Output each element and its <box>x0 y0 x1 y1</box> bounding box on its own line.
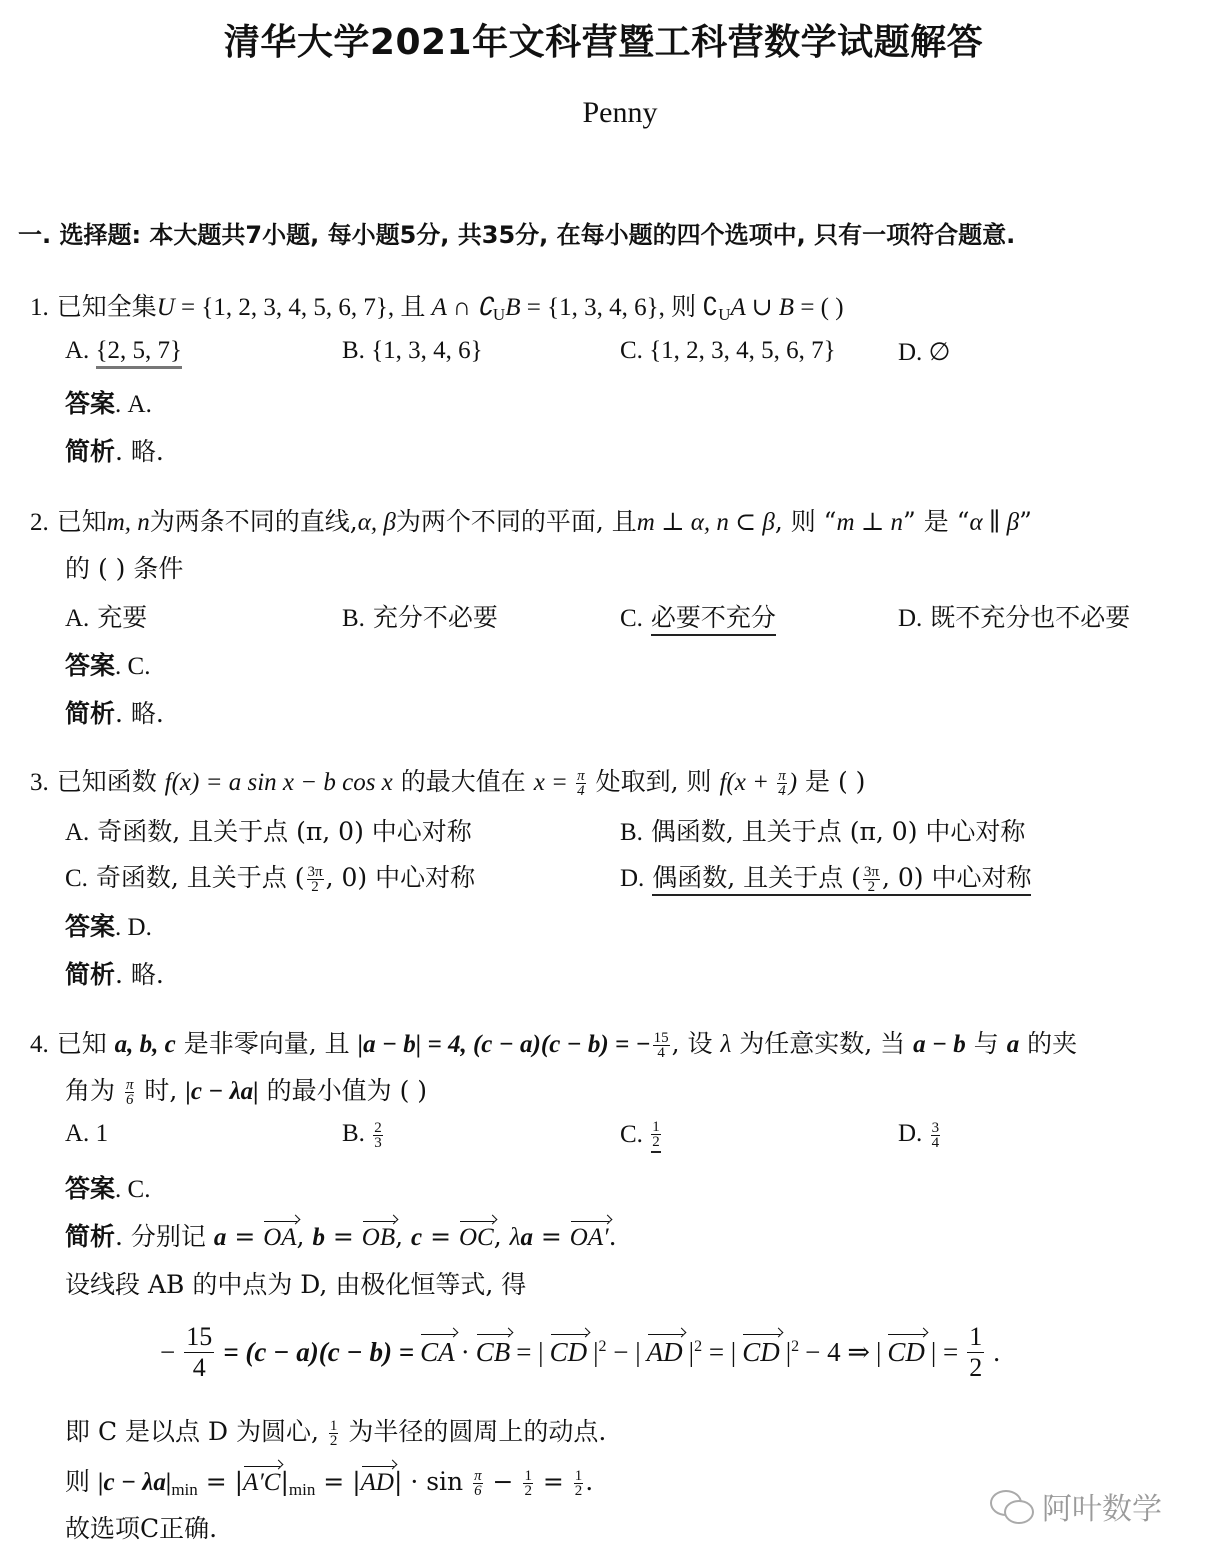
math-expr: ) <box>789 769 797 796</box>
denominator: 2 <box>329 1434 339 1448</box>
math-var: B <box>505 294 520 321</box>
question-4-stem: 4. 已知 a, b, c 是非零向量, 且 |a − b| = 4, (c −… <box>30 1024 1077 1060</box>
numerator: π <box>125 1078 135 1093</box>
question-number: 1. <box>30 294 49 321</box>
numerator: 1 <box>967 1322 984 1353</box>
denominator: 4 <box>184 1353 214 1383</box>
vector-cd: CD <box>550 1337 588 1368</box>
answer-label: 答案 <box>65 651 115 680</box>
q3-option-a: A. 奇函数, 且关于点 (π, 0) 中心对称 <box>65 812 472 848</box>
q2-option-b: B. 充分不必要 <box>342 598 498 634</box>
denominator: 2 <box>651 1135 661 1149</box>
stem-text: 的最大值在 <box>393 767 534 796</box>
vector-a-prime-c: A′C <box>243 1469 280 1497</box>
option-text: ∅ <box>929 339 951 366</box>
q3-option-b: B. 偶函数, 且关于点 (π, 0) 中心对称 <box>620 812 1025 848</box>
option-text: {1, 2, 3, 4, 5, 6, 7} <box>649 337 836 364</box>
math-expr: A ∩ ∁ <box>432 294 493 321</box>
math-var: a <box>1007 1031 1020 1058</box>
option-label: D. <box>620 865 644 892</box>
fraction: 3π2 <box>863 865 880 894</box>
q3-option-d: D. 偶函数, 且关于点 (3π2, 0) 中心对称 <box>620 858 1031 894</box>
q3-option-c: C. 奇函数, 且关于点 (3π2, 0) 中心对称 <box>65 858 475 894</box>
option-label: C. <box>620 605 643 632</box>
q4-option-d: D. 34 <box>898 1120 942 1150</box>
q3-answer: 答案. D. <box>65 907 152 943</box>
denominator: 4 <box>653 1046 670 1060</box>
option-label: A. <box>65 337 89 364</box>
option-label: B. <box>342 1120 365 1147</box>
answer-value: . C. <box>115 653 150 680</box>
abs-squared: |2 <box>786 1337 799 1368</box>
q2-option-c: C. 必要不充分 <box>620 598 776 634</box>
fraction: 3π2 <box>307 865 324 894</box>
stem-text: 为两个不同的平面, 且 <box>396 507 637 536</box>
option-text: 1 <box>96 1120 109 1147</box>
math-expr: |c − λa| <box>98 1469 171 1496</box>
q1-option-b: B. {1, 3, 4, 6} <box>342 337 483 365</box>
vector-oa: OA <box>263 1224 296 1252</box>
fraction: 23 <box>373 1121 383 1150</box>
stem-text: 已知 <box>57 1029 115 1058</box>
fraction: π6 <box>473 1469 483 1498</box>
math-expr: α, β <box>358 509 396 536</box>
stem-text: 处取到, 则 <box>588 767 720 796</box>
math-sub: U <box>718 305 730 324</box>
abs-squared: |2 = | <box>689 1337 737 1368</box>
math-set: = {1, 2, 3, 4, 5, 6, 7}, 且 <box>175 294 432 321</box>
question-2-stem: 2. 已知m, n为两条不同的直线,α, β为两个不同的平面, 且m ⊥ α, … <box>30 502 1032 538</box>
stem-text: 已知全集 <box>57 292 157 321</box>
answer-value: . A. <box>115 391 152 418</box>
option-text: , 0) 中心对称 <box>326 863 476 892</box>
math-expr: m ⊥ α, n ⊂ β <box>637 509 775 536</box>
analysis-label: 简析 <box>65 960 115 989</box>
question-3-stem: 3. 已知函数 f(x) = a sin x − b cos x 的最大值在 x… <box>30 762 865 798</box>
math-expr: α ∥ β <box>969 509 1019 536</box>
stem-text: 是 ( ) <box>797 767 865 796</box>
analysis-line-min: 则 |c − λa|min = |A′C|min = |AD| · sin π6… <box>65 1462 593 1500</box>
question-number: 4. <box>30 1031 49 1058</box>
q2-answer: 答案. C. <box>65 646 150 682</box>
q3-analysis: 简析. 略. <box>65 955 164 991</box>
option-label: B. <box>620 819 643 846</box>
analysis-line-midpoint: 设线段 AB 的中点为 D, 由极化恒等式, 得 <box>65 1265 526 1301</box>
denominator: 4 <box>576 784 586 798</box>
math-var: λ <box>721 1031 732 1058</box>
numerator: π <box>576 769 586 784</box>
stem-text: 与 <box>966 1029 1007 1058</box>
stem-text: 是非零向量, 且 <box>176 1029 358 1058</box>
denominator: 6 <box>473 1484 483 1498</box>
option-text-correct: {2, 5, 7} <box>96 337 183 369</box>
question-1-stem: 1. 已知全集U = {1, 2, 3, 4, 5, 6, 7}, 且 A ∩ … <box>30 287 844 325</box>
denominator: 2 <box>307 880 324 894</box>
analysis-text: 为半径的圆周上的动点. <box>348 1417 606 1446</box>
vector-ca: CA <box>420 1337 455 1368</box>
stem-text: 已知 <box>57 507 107 536</box>
q2-option-a: A. 充要 <box>65 598 147 634</box>
fraction: 12 <box>329 1419 339 1448</box>
analysis-text: 则 <box>65 1467 90 1496</box>
abs-open: | <box>876 1337 881 1368</box>
q1-option-c: C. {1, 2, 3, 4, 5, 6, 7} <box>620 337 836 365</box>
fraction: 154 <box>653 1031 670 1060</box>
analysis-text: . 略. <box>115 699 164 728</box>
option-text: 偶函数, 且关于点 ( <box>652 863 861 892</box>
q2-analysis: 简析. 略. <box>65 694 164 730</box>
fraction: 12 <box>523 1469 533 1498</box>
numerator: 3π <box>307 865 324 880</box>
question-2-stem-line2: 的 ( ) 条件 <box>65 549 183 585</box>
question-number: 2. <box>30 509 49 536</box>
math-sub: U <box>493 305 505 324</box>
denominator: 4 <box>931 1136 941 1150</box>
fraction: π4 <box>777 769 787 798</box>
math-var: c <box>411 1224 422 1251</box>
vector-ad: AD <box>647 1337 683 1368</box>
denominator: 2 <box>863 880 880 894</box>
numerator: π <box>777 769 787 784</box>
math-expr: m, n <box>107 509 150 536</box>
answer-label: 答案 <box>65 912 115 941</box>
math-var: U <box>157 294 175 321</box>
abs-squared: |2 − | <box>593 1337 641 1368</box>
option-label: A. <box>65 1120 89 1147</box>
equation-part: − 4 ⇒ <box>805 1337 870 1368</box>
option-label: B. <box>342 337 365 364</box>
vector-oc: OC <box>459 1224 494 1252</box>
analysis-label: 简析 <box>65 1222 115 1251</box>
stem-text: 的最小值为 ( ) <box>259 1076 427 1105</box>
stem-text: 时, <box>136 1076 185 1105</box>
equals: = | <box>516 1337 543 1368</box>
vector-ob: OB <box>362 1224 395 1252</box>
wechat-icon <box>990 1488 1034 1524</box>
q4-option-b: B. 23 <box>342 1120 385 1150</box>
math-expr: a − b <box>913 1031 966 1058</box>
stem-text: 角为 <box>65 1076 123 1105</box>
denominator: 2 <box>967 1353 984 1383</box>
math-var: λ <box>510 1224 521 1251</box>
option-label: D. <box>898 605 922 632</box>
math-expr: |a − b| = 4, (c − a)(c − b) = − <box>358 1031 651 1058</box>
vector-oa-prime: OA′ <box>570 1224 609 1252</box>
option-label: B. <box>342 605 365 632</box>
math-var: b <box>312 1224 325 1251</box>
stem-text: ” <box>1019 507 1032 536</box>
numerator: 1 <box>651 1120 661 1135</box>
q1-option-d: D. ∅ <box>898 337 950 367</box>
subscript-min: min <box>171 1480 197 1499</box>
analysis-text: . 分别记 <box>115 1222 206 1251</box>
denominator: 2 <box>523 1484 533 1498</box>
option-label: C. <box>620 1121 643 1148</box>
answer-value: . C. <box>115 1176 150 1203</box>
q1-answer: 答案. A. <box>65 384 152 420</box>
stem-text: 已知函数 <box>57 767 165 796</box>
stem-text: ” 是 “ <box>903 507 969 536</box>
math-expr: x = <box>534 769 574 796</box>
fraction: 12 <box>574 1469 584 1498</box>
numerator: 3π <box>863 865 880 880</box>
option-label: C. <box>620 337 643 364</box>
q4-answer: 答案. C. <box>65 1169 150 1205</box>
analysis-text: . 略. <box>115 960 164 989</box>
vector-cd: CD <box>742 1337 780 1368</box>
math-expr: |c − λa| <box>185 1078 258 1105</box>
vector-cd: CD <box>887 1337 925 1368</box>
analysis-label: 简析 <box>65 699 115 728</box>
option-label: A. <box>65 605 89 632</box>
denominator: 4 <box>777 784 787 798</box>
question-number: 3. <box>30 769 49 796</box>
fraction: π4 <box>576 769 586 798</box>
denominator: 3 <box>373 1136 383 1150</box>
fraction-correct: 12 <box>651 1120 661 1153</box>
q1-analysis: 简析. 略. <box>65 432 164 468</box>
subscript-min: min <box>289 1480 315 1499</box>
blank-parens: = ( ) <box>794 294 844 321</box>
vector-ad: AD <box>361 1469 394 1497</box>
analysis-text: 即 C 是以点 D 为圆心, <box>65 1417 319 1446</box>
q1-option-a: A. {2, 5, 7} <box>65 337 182 365</box>
math-var: a <box>214 1224 227 1251</box>
math-set: = {1, 3, 4, 6}, 则 ∁ <box>520 294 718 321</box>
math-var: a <box>520 1224 533 1251</box>
q4-analysis: 简析. 分别记 a = OA, b = OB, c = OC, λa = OA′… <box>65 1217 617 1253</box>
document-title: 清华大学2021年文科营暨工科营数学试题解答 <box>0 14 1207 65</box>
analysis-label: 简析 <box>65 437 115 466</box>
math-expr: A ∪ B <box>731 294 795 321</box>
stem-text: , 设 <box>672 1029 721 1058</box>
stem-text: 为任意实数, 当 <box>731 1029 913 1058</box>
abs-close: | = <box>931 1337 958 1368</box>
vector-cb: CB <box>476 1337 511 1368</box>
display-equation: − 154 = (c − a)(c − b) = CA·CB = |CD|2 −… <box>160 1322 1000 1383</box>
fraction: π6 <box>125 1078 135 1107</box>
numerator: 2 <box>373 1121 383 1136</box>
fraction: 12 <box>967 1322 984 1383</box>
fraction: 154 <box>184 1322 214 1383</box>
math-expr: m ⊥ n <box>836 509 903 536</box>
option-text-correct: 偶函数, 且关于点 (3π2, 0) 中心对称 <box>652 863 1031 896</box>
watermark-text: 阿叶数学 <box>1042 1484 1162 1528</box>
option-text: , 0) 中心对称 <box>882 863 1032 892</box>
option-text: 充分不必要 <box>373 603 498 632</box>
numerator: 1 <box>329 1419 339 1434</box>
numerator: 15 <box>184 1322 214 1353</box>
stem-text: 为两条不同的直线, <box>150 507 358 536</box>
option-label: D. <box>898 1120 922 1147</box>
option-text: 偶函数, 且关于点 (π, 0) 中心对称 <box>651 817 1026 846</box>
equation-middle: = (c − a)(c − b) = <box>223 1337 414 1368</box>
option-text: 奇函数, 且关于点 (π, 0) 中心对称 <box>97 817 472 846</box>
denominator: 6 <box>125 1093 135 1107</box>
analysis-line-circle: 即 C 是以点 D 为圆心, 12 为半径的圆周上的动点. <box>65 1412 606 1448</box>
q2-option-d: D. 既不充分也不必要 <box>898 598 1130 634</box>
math-expr: f(x + <box>719 769 775 796</box>
analysis-conclusion: 故选项C正确. <box>65 1509 217 1545</box>
numerator: 15 <box>653 1031 670 1046</box>
fraction: 34 <box>931 1121 941 1150</box>
option-text: 奇函数, 且关于点 ( <box>96 863 305 892</box>
option-text: {1, 3, 4, 6} <box>371 337 483 364</box>
dot-operator: · <box>461 1337 470 1368</box>
option-label: D. <box>898 339 922 366</box>
option-label: A. <box>65 819 89 846</box>
analysis-text: . 略. <box>115 437 164 466</box>
answer-label: 答案 <box>65 389 115 418</box>
minus-sign: − <box>160 1337 175 1368</box>
answer-value: . D. <box>115 914 152 941</box>
numerator: 1 <box>523 1469 533 1484</box>
numerator: 1 <box>574 1469 584 1484</box>
option-text-correct: 必要不充分 <box>651 603 776 636</box>
numerator: π <box>473 1469 483 1484</box>
watermark: 阿叶数学 <box>990 1484 1162 1528</box>
q4-option-c: C. 12 <box>620 1120 663 1153</box>
math-expr: f(x) = a sin x − b cos x <box>165 769 393 796</box>
q4-option-a: A. 1 <box>65 1120 108 1148</box>
option-label: C. <box>65 865 88 892</box>
numerator: 3 <box>931 1121 941 1136</box>
option-text: 充要 <box>97 603 147 632</box>
option-text: 既不充分也不必要 <box>930 603 1130 632</box>
stem-text: , 则 “ <box>775 507 837 536</box>
denominator: 2 <box>574 1484 584 1498</box>
period: . <box>993 1337 1000 1368</box>
author-name: Penny <box>0 96 1207 130</box>
stem-text: 的夹 <box>1019 1029 1077 1058</box>
math-vectors: a, b, c <box>115 1031 176 1058</box>
question-4-stem-line2: 角为 π6 时, |c − λa| 的最小值为 ( ) <box>65 1071 427 1107</box>
section-heading: 一. 选择题: 本大题共7小题, 每小题5分, 共35分, 在每小题的四个选项中… <box>18 215 1015 250</box>
answer-label: 答案 <box>65 1174 115 1203</box>
